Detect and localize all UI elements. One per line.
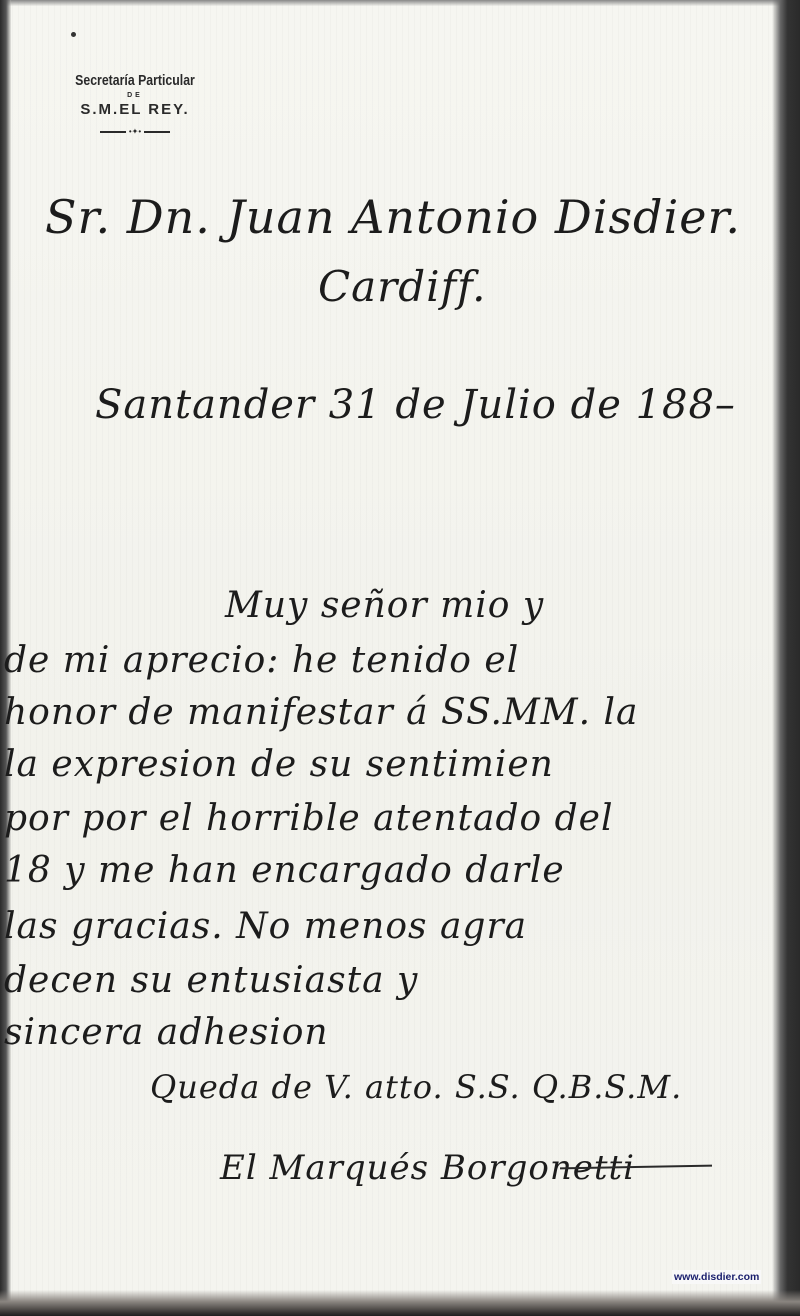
body-line: las gracias. No menos agra <box>4 906 527 947</box>
salutation: Muy señor mio y <box>225 585 544 626</box>
paper-edge-right <box>772 0 800 1316</box>
dateline: Santander 31 de Julio de 188– <box>95 382 736 428</box>
rule-bar-left <box>100 131 126 133</box>
rule-bar-right <box>144 131 170 133</box>
body-line: decen su entusiasta y <box>4 960 418 1001</box>
addressee-city: Cardiff. <box>318 262 487 311</box>
letter-page: Secretaría Particular DE S.M.EL REY. •✦•… <box>0 0 800 1316</box>
closing-formula: Queda de V. atto. S.S. Q.B.S.M. <box>150 1068 682 1106</box>
body-line: de mi aprecio: he tenido el <box>4 640 519 681</box>
watermark-link[interactable]: www.disdier.com <box>672 1270 761 1284</box>
letterhead-ornament-rule: •✦• <box>40 128 230 136</box>
body-line: honor de manifestar á SS.MM. la <box>4 692 639 733</box>
paper-edge-top <box>0 0 800 6</box>
letterhead: Secretaría Particular DE S.M.EL REY. •✦• <box>40 72 230 136</box>
addressee: Sr. Dn. Juan Antonio Disdier. <box>45 190 741 244</box>
body-line: por por el horrible atentado del <box>4 798 613 839</box>
letterhead-de: DE <box>40 92 230 99</box>
paper-edge-bottom <box>0 1290 800 1316</box>
body-line: 18 y me han encargado darle <box>4 850 565 891</box>
ornament-icon: •✦• <box>129 128 141 136</box>
body-line: sincera adhesion <box>4 1012 329 1053</box>
body-line: la expresion de su sentimien <box>4 744 554 785</box>
letterhead-sm-el-rey: S.M.EL REY. <box>40 101 230 118</box>
letterhead-secretaria: Secretaría Particular <box>57 72 213 89</box>
ink-dot <box>71 32 76 37</box>
